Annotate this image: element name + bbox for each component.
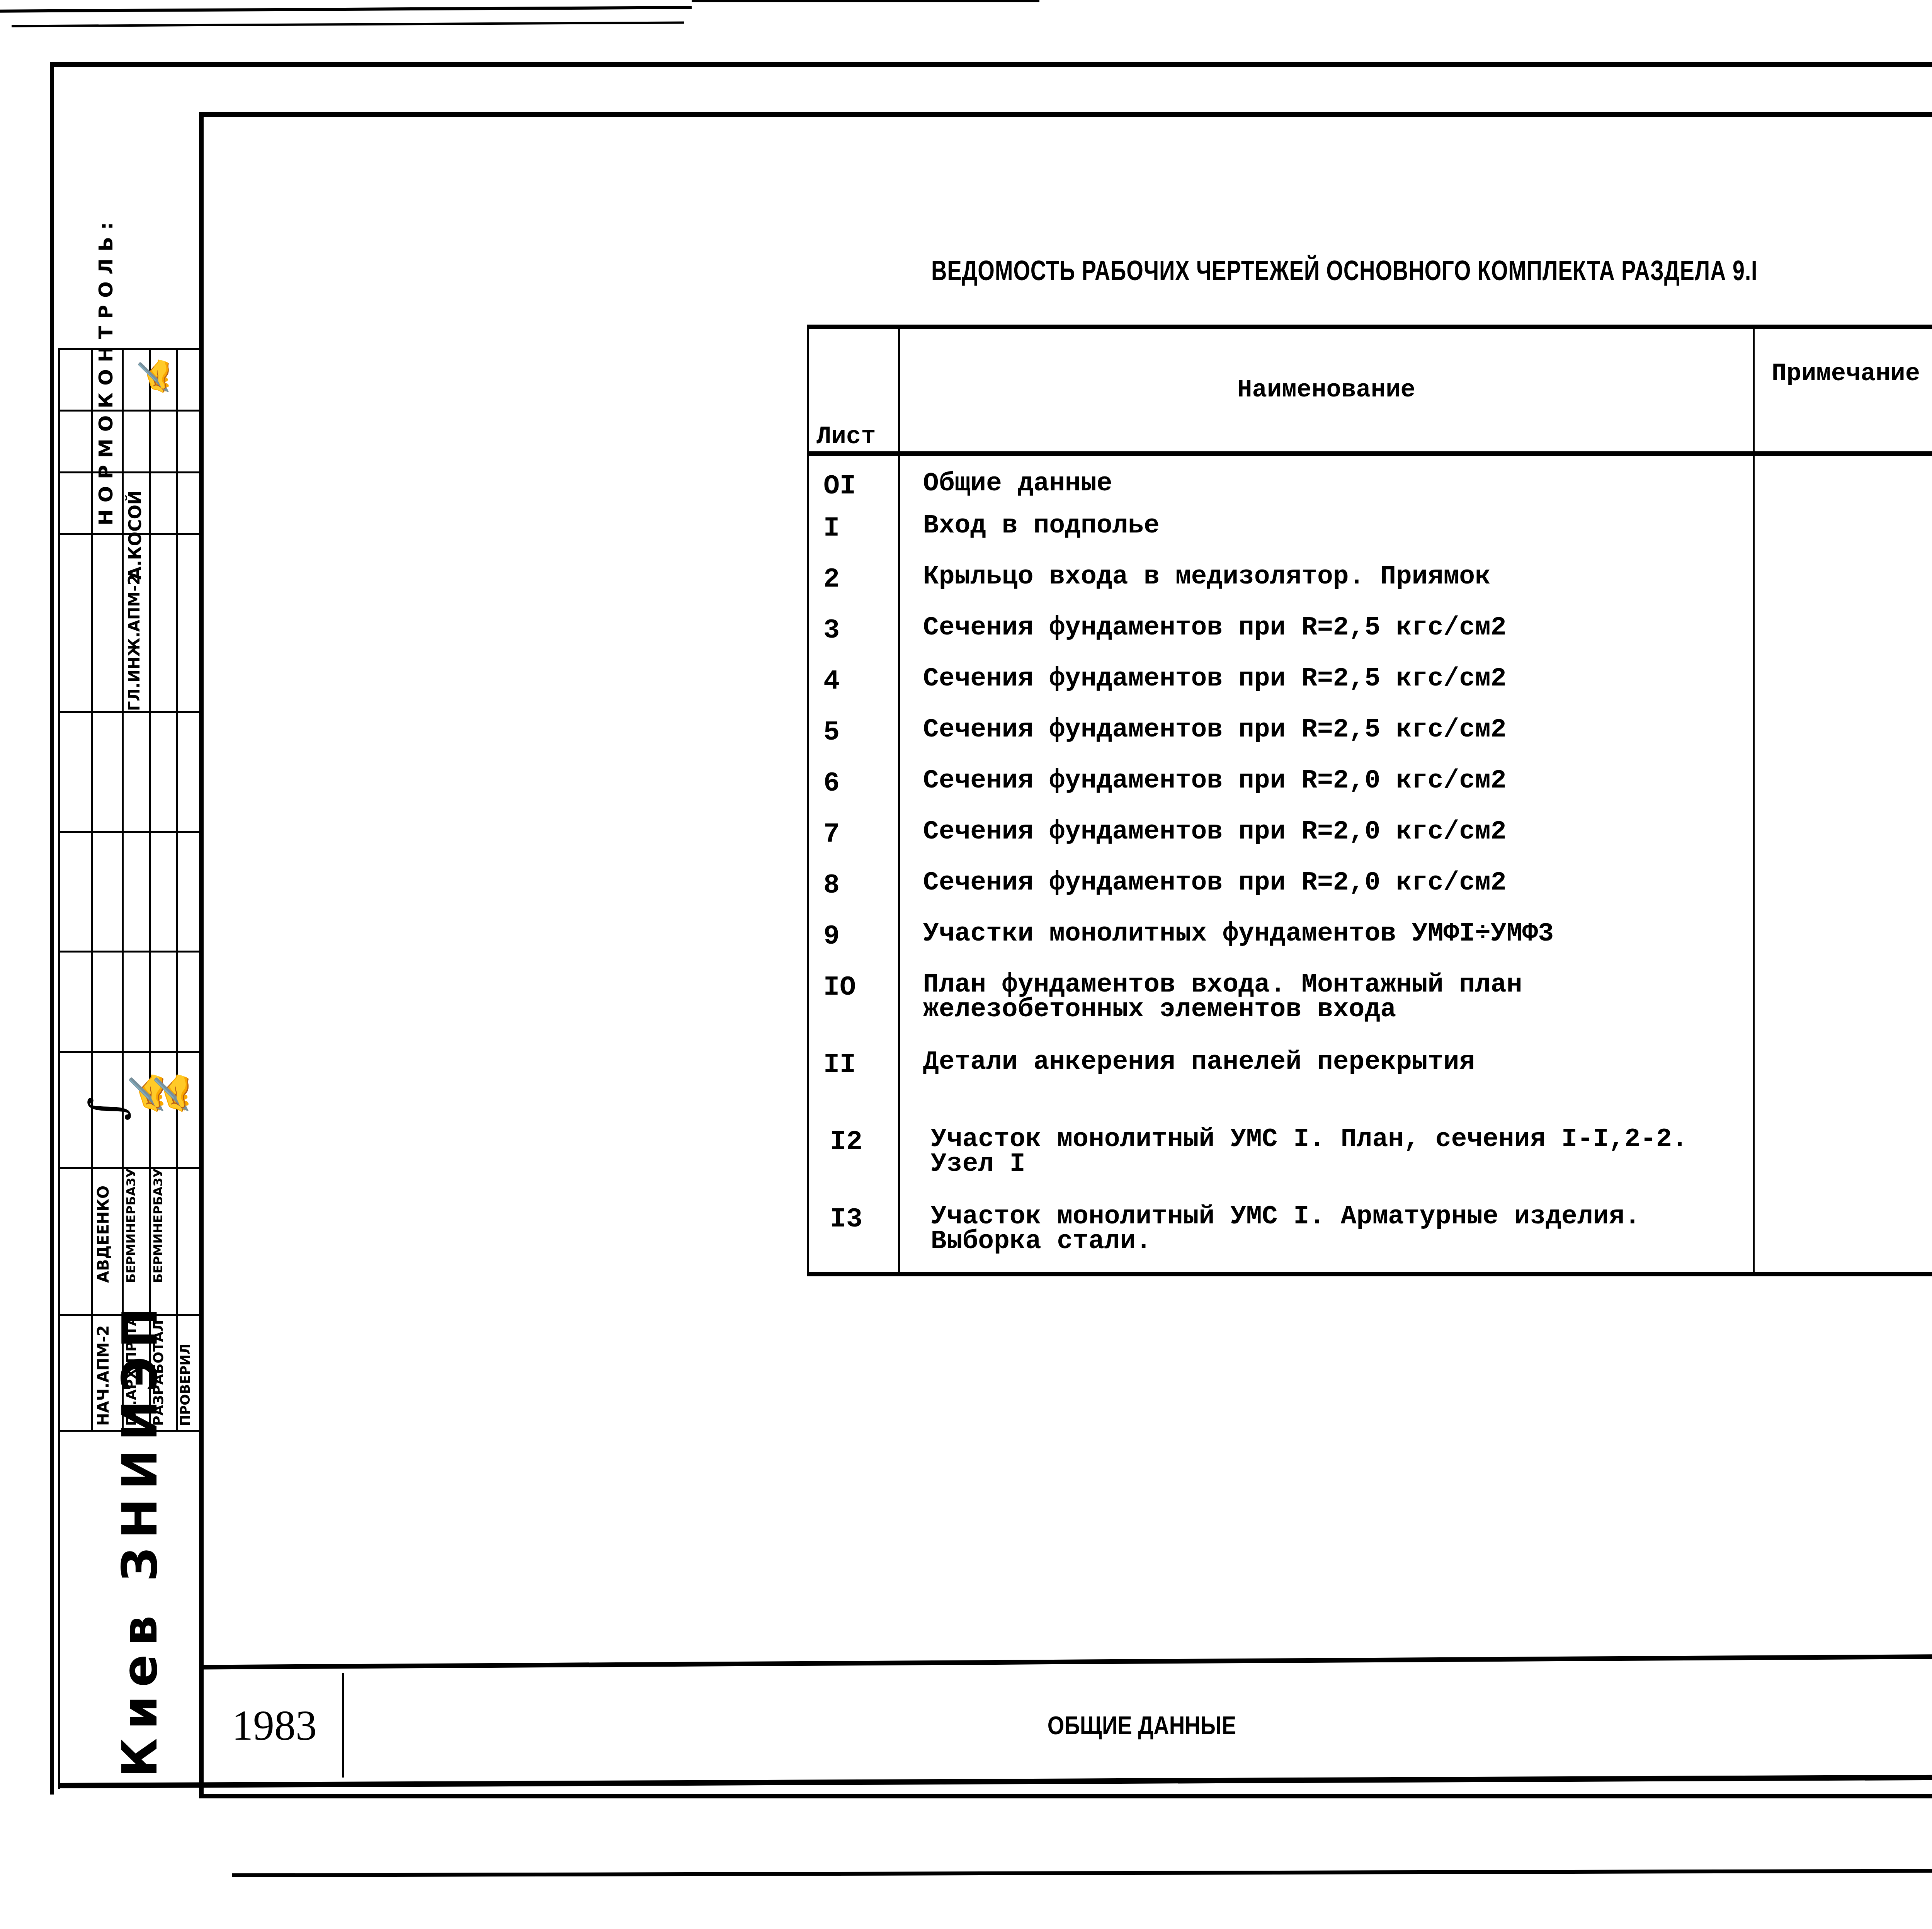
left-stamp-strip: НОРМОКОНТРОЛЬ: ГЛ.ИНЖ.АПМ-2 А.КОСОЙ ✍ ∫ …	[58, 348, 201, 1789]
table-row: 7 Сечения фундаментов при R=2,0 кгс/см2	[808, 812, 1932, 863]
norm-control-person: А.КОСОЙ	[126, 490, 145, 580]
stamp-grid-line	[58, 951, 201, 953]
table-row: 5 Сечения фундаментов при R=2,5 кгс/см2	[808, 710, 1932, 761]
row-sheet-name-line1: План фундаментов входа. Монтажный план	[923, 973, 1752, 997]
row-sheet-name: Детали анкерения панелей перекрытия	[899, 1042, 1753, 1119]
norm-control-signature: ✍	[136, 358, 173, 397]
row-sheet-name-line1: Участок монолитный УМС I. Арматурные изд…	[931, 1204, 1752, 1229]
signature-3: ✍	[152, 1073, 193, 1116]
norm-control-label: НОРМОКОНТРОЛЬ:	[95, 215, 117, 526]
stamp-grid-line	[58, 711, 201, 713]
scan-artifact-line	[12, 21, 684, 27]
row-sheet-name: Сечения фундаментов при R=2,5 кгс/см2	[899, 659, 1753, 710]
role-4: ПРОВЕРИЛ	[178, 1344, 193, 1426]
row-note	[1754, 659, 1932, 710]
header-name: Наименование	[899, 327, 1753, 454]
signature-1: ∫	[80, 1097, 134, 1121]
sheet-title-cell: ОБЩИЕ ДАННЫЕ	[464, 1673, 1820, 1778]
stamp-grid-line	[58, 1051, 201, 1053]
row-note	[1754, 914, 1932, 965]
row-sheet-name-line2: железобетонных элементов входа	[923, 997, 1752, 1022]
row-sheet-number: 2	[808, 557, 899, 608]
table-row: 3 Сечения фундаментов при R=2,5 кгс/см2	[808, 608, 1932, 659]
row-note	[1754, 1042, 1932, 1119]
table-header-row: Лист Наименование Примечание	[808, 327, 1932, 454]
stamp-grid-line	[58, 348, 201, 350]
row-sheet-number: IO	[808, 965, 899, 1042]
table-row: 2 Крыльцо входа в медизолятор. Приямок	[808, 557, 1932, 608]
row-sheet-number: I2	[808, 1119, 899, 1197]
table-row: OI Общие данные	[808, 454, 1932, 506]
scan-artifact-line	[232, 1867, 1932, 1877]
row-sheet-number: 9	[808, 914, 899, 965]
table-row: I2 Участок монолитный УМС I. План, сечен…	[808, 1119, 1932, 1197]
stamp-grid-line	[176, 348, 178, 1430]
person-3: БЕРМИНЕРБАЗУ	[151, 1168, 165, 1283]
row-sheet-number: 7	[808, 812, 899, 863]
table-row: 8 Сечения фундаментов при R=2,0 кгс/см2	[808, 863, 1932, 914]
person-2: БЕРМИНЕРБАЗУ	[124, 1168, 138, 1283]
stamp-grid-line	[58, 348, 60, 1430]
scan-artifact-line	[0, 6, 692, 12]
row-sheet-number: OI	[808, 454, 899, 506]
stamp-grid-line	[58, 831, 201, 833]
table-row: II Детали анкерения панелей перекрытия	[808, 1042, 1932, 1119]
organization-name: Киев ЗНИИЭП	[112, 1299, 168, 1778]
row-sheet-number: 4	[808, 659, 899, 710]
person-1: АВДЕЕНКО	[95, 1186, 112, 1283]
row-sheet-number: 5	[808, 710, 899, 761]
role-1: НАЧ.АПМ-2	[95, 1325, 112, 1426]
table-row: IO План фундаментов входа. Монтажный пла…	[808, 965, 1932, 1042]
row-sheet-number: II	[808, 1042, 899, 1119]
table-row: I3 Участок монолитный УМС I. Арматурные …	[808, 1197, 1932, 1274]
row-sheet-name: Вход в подполье	[899, 506, 1753, 557]
row-sheet-name: Крыльцо входа в медизолятор. Приямок	[899, 557, 1753, 608]
row-note	[1754, 454, 1932, 506]
stamp-grid-line	[58, 471, 201, 473]
table-row: 6 Сечения фундаментов при R=2,0 кгс/см2	[808, 761, 1932, 812]
row-note	[1754, 710, 1932, 761]
row-note	[1754, 863, 1932, 914]
row-sheet-number: 3	[808, 608, 899, 659]
drawings-list-table: Лист Наименование Примечание OI Общие да…	[807, 325, 1932, 1276]
row-note	[1754, 1119, 1932, 1197]
row-sheet-number: I3	[808, 1197, 899, 1274]
row-sheet-name: Сечения фундаментов при R=2,0 кгс/см2	[899, 761, 1753, 812]
row-sheet-name: Сечения фундаментов при R=2,5 кгс/см2	[899, 608, 1753, 659]
table-row: I Вход в подполье	[808, 506, 1932, 557]
row-note	[1754, 557, 1932, 608]
row-sheet-name: План фундаментов входа. Монтажный план ж…	[899, 965, 1753, 1042]
sheet-title: ОБЩИЕ ДАННЫЕ	[1048, 1711, 1236, 1740]
header-sheet: Лист	[808, 327, 899, 454]
row-note	[1754, 965, 1932, 1042]
row-sheet-name: Участок монолитный УМС I. Арматурные изд…	[899, 1197, 1753, 1274]
row-note	[1754, 608, 1932, 659]
row-note	[1754, 812, 1932, 863]
document-title: ВЕДОМОСТЬ РАБОЧИХ ЧЕРТЕЖЕЙ ОСНОВНОГО КОМ…	[931, 255, 1757, 287]
row-note	[1754, 1197, 1932, 1274]
year: 1983	[232, 1701, 317, 1750]
stamp-grid-line	[58, 410, 201, 412]
row-sheet-number: 8	[808, 863, 899, 914]
year-cell: 1983	[207, 1673, 344, 1778]
stamp-grid-line	[91, 348, 93, 1430]
row-sheet-name: Общие данные	[899, 454, 1753, 506]
table-row: 9 Участки монолитных фундаментов УМФI÷УМ…	[808, 914, 1932, 965]
row-sheet-number: 6	[808, 761, 899, 812]
norm-control-role: ГЛ.ИНЖ.АПМ-2	[126, 574, 143, 711]
stamp-grid-line	[58, 1430, 60, 1789]
row-sheet-number: I	[808, 506, 899, 557]
row-note	[1754, 761, 1932, 812]
row-note	[1754, 506, 1932, 557]
row-sheet-name-line2: Выборка стали.	[931, 1229, 1752, 1254]
row-sheet-name: Участки монолитных фундаментов УМФI÷УМФ3	[899, 914, 1753, 965]
row-sheet-name: Сечения фундаментов при R=2,5 кгс/см2	[899, 710, 1753, 761]
header-note: Примечание	[1754, 327, 1932, 454]
row-sheet-name-line1: Участок монолитный УМС I. План, сечения …	[931, 1127, 1752, 1152]
row-sheet-name: Участок монолитный УМС I. План, сечения …	[899, 1119, 1753, 1197]
row-sheet-name: Сечения фундаментов при R=2,0 кгс/см2	[899, 812, 1753, 863]
row-sheet-name-line2: Узел I	[931, 1152, 1752, 1177]
row-sheet-name: Сечения фундаментов при R=2,0 кгс/см2	[899, 863, 1753, 914]
table-row: 4 Сечения фундаментов при R=2,5 кгс/см2	[808, 659, 1932, 710]
scan-artifact-line	[692, 0, 1039, 2]
